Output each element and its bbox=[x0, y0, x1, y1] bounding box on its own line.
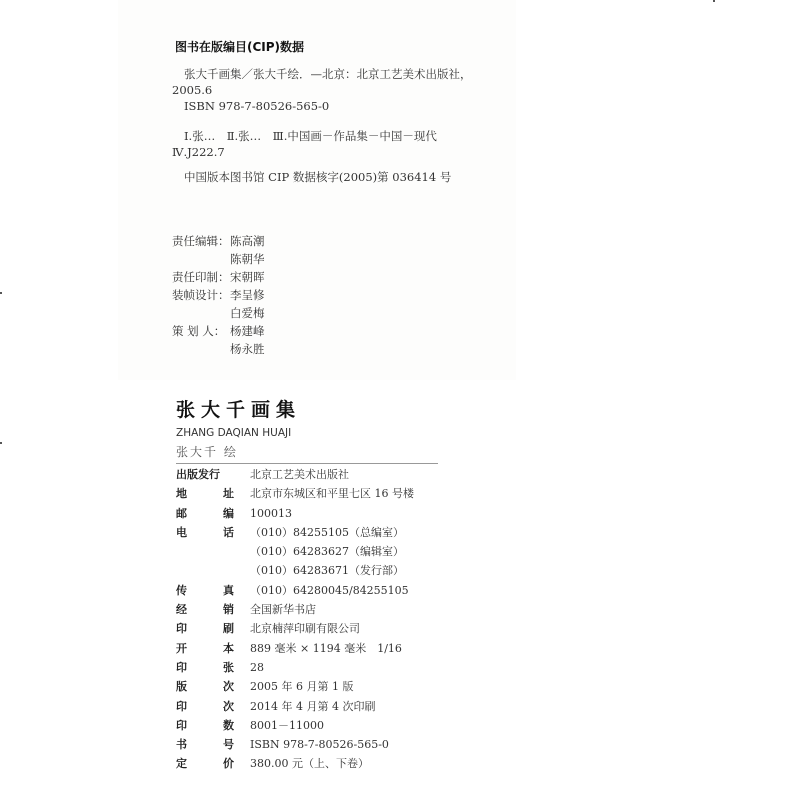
info-value: （010）84255105（总编室） bbox=[242, 523, 404, 542]
info-label: 印张 bbox=[176, 658, 242, 677]
info-label: 出版发行 bbox=[176, 465, 242, 484]
credit-name: 宋朝晖 bbox=[230, 268, 265, 286]
info-row-isbn: 书号 ISBN 978-7-80526-565-0 bbox=[176, 735, 438, 754]
info-label: 版次 bbox=[176, 677, 242, 696]
info-row-phone: （010）64283671（发行部） bbox=[176, 561, 438, 580]
info-label: 印数 bbox=[176, 716, 242, 735]
credit-role: 责任印制： bbox=[172, 268, 230, 286]
cip-line: 张大千画集／张大千绘．—北京：北京工艺美术出版社， bbox=[172, 66, 482, 82]
book-info-block: 张大千画集 ZHANG DAQIAN HUAJI 张大千 绘 出版发行 北京工艺… bbox=[176, 398, 438, 774]
credit-row: 策 划 人： 杨建峰 bbox=[172, 322, 265, 340]
credit-role-empty bbox=[172, 250, 230, 268]
info-row-address: 地址 北京市东城区和平里七区 16 号楼 bbox=[176, 484, 438, 503]
credit-name: 李呈修 bbox=[230, 286, 265, 304]
info-value: 100013 bbox=[242, 504, 292, 523]
info-row-format: 开本 889 毫米 × 1194 毫米 1/16 bbox=[176, 639, 438, 658]
credit-name: 白爱梅 bbox=[230, 304, 265, 322]
info-label: 印刷 bbox=[176, 619, 242, 638]
info-label: 印次 bbox=[176, 697, 242, 716]
scan-artifact bbox=[0, 292, 2, 294]
cip-line: 中国版本图书馆 CIP 数据核字(2005)第 036414 号 bbox=[172, 169, 482, 185]
credit-role-empty bbox=[172, 340, 230, 358]
info-row-phone: 电话 （010）84255105（总编室） bbox=[176, 523, 438, 542]
cip-line: 2005.6 bbox=[172, 82, 482, 98]
credit-row: 责任编辑： 陈高潮 bbox=[172, 232, 265, 250]
credit-role: 策 划 人： bbox=[172, 322, 230, 340]
cip-line: Ⅰ.张… Ⅱ.张… Ⅲ.中国画－作品集－中国－现代 bbox=[172, 128, 482, 144]
credit-name: 杨永胜 bbox=[230, 340, 265, 358]
credit-name: 陈朝华 bbox=[230, 250, 265, 268]
info-row-fax: 传真 （010）64280045/84255105 bbox=[176, 581, 438, 600]
info-row-printer: 印刷 北京楠萍印刷有限公司 bbox=[176, 619, 438, 638]
credit-row: 陈朝华 bbox=[172, 250, 265, 268]
info-label: 电话 bbox=[176, 523, 242, 542]
info-value: （010）64280045/84255105 bbox=[242, 581, 409, 600]
info-value: 8001－11000 bbox=[242, 716, 324, 735]
info-row-postcode: 邮编 100013 bbox=[176, 504, 438, 523]
scan-artifact bbox=[0, 442, 2, 444]
credit-name: 陈高潮 bbox=[230, 232, 265, 250]
info-value: 28 bbox=[242, 658, 264, 677]
cip-line: ISBN 978-7-80526-565-0 bbox=[172, 98, 482, 114]
info-label: 书号 bbox=[176, 735, 242, 754]
cip-title: 图书在版编目(CIP)数据 bbox=[175, 38, 482, 55]
info-value: 380.00 元（上、下卷） bbox=[242, 754, 369, 773]
info-label: 经销 bbox=[176, 600, 242, 619]
book-author: 张大千 绘 bbox=[176, 443, 438, 460]
info-row-printing: 印次 2014 年 4 月第 4 次印刷 bbox=[176, 697, 438, 716]
info-value: （010）64283671（发行部） bbox=[242, 561, 404, 580]
info-row-phone: （010）64283627（编辑室） bbox=[176, 542, 438, 561]
info-value: 2005 年 6 月第 1 版 bbox=[242, 677, 353, 696]
info-label bbox=[176, 561, 242, 580]
info-value: 北京市东城区和平里七区 16 号楼 bbox=[242, 484, 414, 503]
info-value: 889 毫米 × 1194 毫米 1/16 bbox=[242, 639, 402, 658]
info-row-publisher: 出版发行 北京工艺美术出版社 bbox=[176, 465, 438, 484]
info-label: 邮编 bbox=[176, 504, 242, 523]
info-label: 定价 bbox=[176, 754, 242, 773]
credit-name: 杨建峰 bbox=[230, 322, 265, 340]
cip-block: 图书在版编目(CIP)数据 张大千画集／张大千绘．—北京：北京工艺美术出版社， … bbox=[172, 38, 482, 185]
credit-role: 责任编辑： bbox=[172, 232, 230, 250]
info-label: 地址 bbox=[176, 484, 242, 503]
info-value: 北京楠萍印刷有限公司 bbox=[242, 619, 360, 638]
info-value: 北京工艺美术出版社 bbox=[242, 465, 349, 484]
info-value: （010）64283627（编辑室） bbox=[242, 542, 404, 561]
info-value: 2014 年 4 月第 4 次印刷 bbox=[242, 697, 375, 716]
divider-rule bbox=[176, 463, 438, 464]
info-label: 开本 bbox=[176, 639, 242, 658]
info-row-distributor: 经销 全国新华书店 bbox=[176, 600, 438, 619]
credit-role: 装帧设计： bbox=[172, 286, 230, 304]
credit-row: 白爱梅 bbox=[172, 304, 265, 322]
info-row-edition: 版次 2005 年 6 月第 1 版 bbox=[176, 677, 438, 696]
info-label: 传真 bbox=[176, 581, 242, 600]
staff-credits: 责任编辑： 陈高潮 陈朝华 责任印制： 宋朝晖 装帧设计： 李呈修 白爱梅 策 … bbox=[172, 232, 265, 358]
credit-row: 责任印制： 宋朝晖 bbox=[172, 268, 265, 286]
info-row-price: 定价 380.00 元（上、下卷） bbox=[176, 754, 438, 773]
info-value: 全国新华书店 bbox=[242, 600, 316, 619]
cip-line: Ⅳ.J222.7 bbox=[172, 144, 482, 160]
credit-role-empty bbox=[172, 304, 230, 322]
credit-row: 装帧设计： 李呈修 bbox=[172, 286, 265, 304]
info-row-sheets: 印张 28 bbox=[176, 658, 438, 677]
info-value: ISBN 978-7-80526-565-0 bbox=[242, 735, 389, 754]
book-title-pinyin: ZHANG DAQIAN HUAJI bbox=[176, 427, 438, 439]
scan-artifact bbox=[713, 0, 715, 2]
book-title: 张大千画集 bbox=[176, 398, 438, 422]
info-label bbox=[176, 542, 242, 561]
info-row-print-run: 印数 8001－11000 bbox=[176, 716, 438, 735]
credit-row: 杨永胜 bbox=[172, 340, 265, 358]
publication-info-table: 出版发行 北京工艺美术出版社 地址 北京市东城区和平里七区 16 号楼 邮编 1… bbox=[176, 465, 438, 774]
